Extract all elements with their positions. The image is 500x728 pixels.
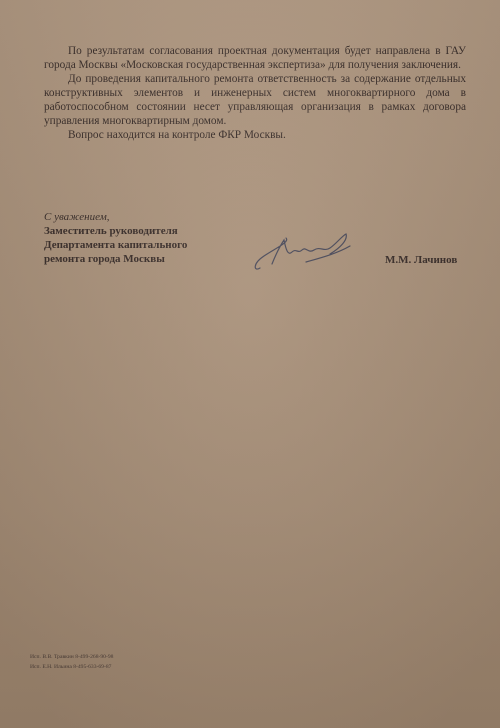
executors-footer: Исп. В.В. Травкин 8-499-268-90-98 Исп. Е… — [30, 652, 113, 672]
paragraph-responsibility: До проведения капитального ремонта ответ… — [44, 72, 466, 128]
paragraph-expertise: По результатам согласования проектная до… — [44, 44, 466, 72]
closing-block: С уважением, Заместитель руководителя Де… — [44, 210, 187, 266]
signer-position-line-2: Департамента капитального — [44, 238, 187, 252]
signer-position-line-1: Заместитель руководителя — [44, 224, 187, 238]
signer-position-line-3: ремонта города Москвы — [44, 252, 187, 266]
letter-page: По результатам согласования проектная до… — [0, 0, 500, 728]
paragraph-control: Вопрос находится на контроле ФКР Москвы. — [44, 128, 466, 142]
signer-name: М.М. Лачинов — [385, 254, 457, 266]
handwritten-signature-icon — [250, 228, 360, 276]
letter-body: По результатам согласования проектная до… — [44, 44, 466, 142]
executor-line-2: Исп. Е.Н. Ильина 8-495-633-69-87 — [30, 662, 113, 672]
executor-line-1: Исп. В.В. Травкин 8-499-268-90-98 — [30, 652, 113, 662]
closing-greeting: С уважением, — [44, 210, 187, 224]
